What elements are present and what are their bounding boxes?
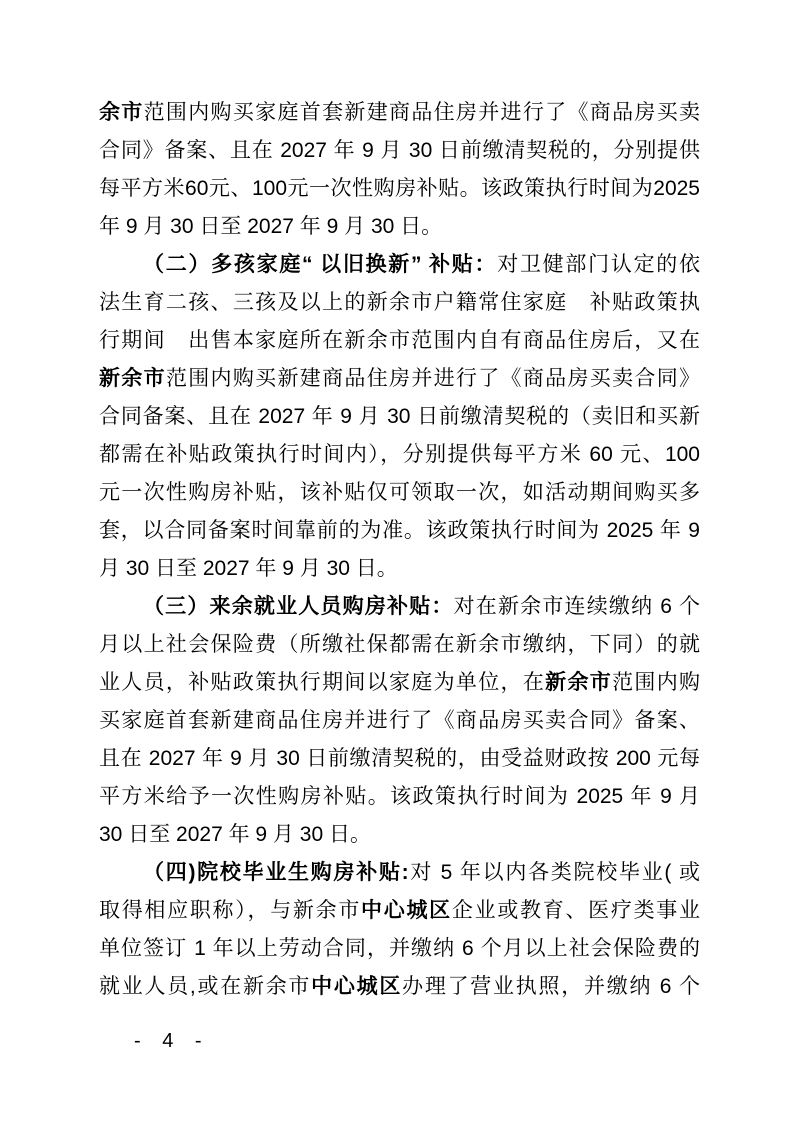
body-text: 对在新余市连续缴纳 6 个 — [454, 595, 700, 618]
body-text: 范围内购 — [612, 671, 700, 694]
text-line: 30 日至 2027 年 9 月 30 日。 — [99, 816, 700, 854]
body-text: 单位签订 1 年以上劳动合同，并缴纳 6 个月以上社会保险费的 — [99, 937, 700, 960]
body-text: 合同》备案、且在 2027 年 9 月 30 日前缴清契税的，分别提供 — [99, 139, 700, 162]
text-line: 月以上社会保险费（所缴社保都需在新余市缴纳，下同）的就 — [99, 626, 700, 664]
emphasis-text: 中心城区 — [361, 899, 452, 922]
text-line: （二）多孩家庭“ 以旧换新” 补贴：对卫健部门认定的依 — [99, 246, 700, 284]
body-text: 30 日至 2027 年 9 月 30 日。 — [99, 823, 371, 846]
text-line: 买家庭首套新建商品住房并进行了《商品房买卖合同》备案、 — [99, 702, 700, 740]
text-line: 套，以合同备案时间靠前的为准。该政策执行时间为 2025 年 9 — [99, 512, 700, 550]
text-line: 每平方米60元、100元一次性购房补贴。该政策执行时间为2025 — [99, 170, 700, 208]
body-text: 行期间 出售本家庭所在新余市范围内自有商品住房后，又在 — [99, 329, 700, 352]
emphasis-text: （二）多孩家庭“ 以旧换新” 补贴： — [143, 253, 497, 276]
text-line: 取得相应职称），与新余市中心城区企业或教育、医疗类事业 — [99, 892, 700, 930]
text-line: 业人员，补贴政策执行期间以家庭为单位，在新余市范围内购 — [99, 664, 700, 702]
emphasis-text: （三）来余就业人员购房补贴： — [143, 595, 454, 618]
body-text: 年 9 月 30 日至 2027 年 9 月 30 日。 — [99, 215, 442, 238]
text-line: （三）来余就业人员购房补贴：对在新余市连续缴纳 6 个 — [99, 588, 700, 626]
body-text: 月以上社会保险费（所缴社保都需在新余市缴纳，下同）的就 — [99, 633, 700, 656]
text-line: 年 9 月 30 日至 2027 年 9 月 30 日。 — [99, 208, 700, 246]
text-line: 合同》备案、且在 2027 年 9 月 30 日前缴清契税的，分别提供 — [99, 132, 700, 170]
body-text: 业人员，补贴政策执行期间以家庭为单位，在 — [99, 671, 545, 694]
body-text: 合同备案、且在 2027 年 9 月 30 日前缴清契税的（卖旧和买新 — [99, 405, 700, 428]
body-text: 买家庭首套新建商品住房并进行了《商品房买卖合同》备案、 — [99, 709, 700, 732]
text-line: 就业人员,或在新余市中心城区办理了营业执照，并缴纳 6 个 — [99, 968, 700, 1006]
document-body: 余市范围内购买家庭首套新建商品住房并进行了《商品房买卖合同》备案、且在 2027… — [99, 94, 700, 1006]
paragraph: （三）来余就业人员购房补贴：对在新余市连续缴纳 6 个月以上社会保险费（所缴社保… — [99, 588, 700, 854]
body-text: 都需在补贴政策执行时间内），分别提供每平方米 60 元、100 — [99, 443, 700, 466]
paragraph: （二）多孩家庭“ 以旧换新” 补贴：对卫健部门认定的依法生育二孩、三孩及以上的新… — [99, 246, 700, 588]
body-text: 元一次性购房补贴，该补贴仅可领取一次，如活动期间购买多 — [99, 481, 700, 504]
body-text: 且在 2027 年 9 月 30 日前缴清契税的，由受益财政按 200 元每 — [99, 747, 700, 770]
text-line: 且在 2027 年 9 月 30 日前缴清契税的，由受益财政按 200 元每 — [99, 740, 700, 778]
body-text: 企业或教育、医疗类事业 — [452, 899, 700, 922]
body-text: 范围内购买新建商品住房并进行了《商品房买卖合同》 — [166, 367, 700, 390]
emphasis-text: （四)院校毕业生购房补贴: — [143, 861, 409, 884]
page-number: - 4 - — [134, 1028, 210, 1054]
text-line: 都需在补贴政策执行时间内），分别提供每平方米 60 元、100 — [99, 436, 700, 474]
emphasis-text: 中心城区 — [311, 975, 402, 998]
text-line: 合同备案、且在 2027 年 9 月 30 日前缴清契税的（卖旧和买新 — [99, 398, 700, 436]
emphasis-text: 新余市 — [99, 367, 166, 390]
body-text: 套，以合同备案时间靠前的为准。该政策执行时间为 2025 年 9 — [99, 519, 700, 542]
paragraph: （四)院校毕业生购房补贴:对 5 年以内各类院校毕业( 或取得相应职称），与新余… — [99, 854, 700, 1006]
emphasis-text: 新余市 — [545, 671, 612, 694]
text-line: 月 30 日至 2027 年 9 月 30 日。 — [99, 550, 700, 588]
body-text: 对卫健部门认定的依 — [497, 253, 700, 276]
text-line: 余市范围内购买家庭首套新建商品住房并进行了《商品房买卖 — [99, 94, 700, 132]
text-line: 单位签订 1 年以上劳动合同，并缴纳 6 个月以上社会保险费的 — [99, 930, 700, 968]
text-line: 行期间 出售本家庭所在新余市范围内自有商品住房后，又在 — [99, 322, 700, 360]
body-text: 取得相应职称），与新余市 — [99, 899, 361, 922]
body-text: 每平方米60元、100元一次性购房补贴。该政策执行时间为2025 — [99, 177, 700, 200]
text-line: （四)院校毕业生购房补贴:对 5 年以内各类院校毕业( 或 — [99, 854, 700, 892]
body-text: 就业人员,或在新余市 — [99, 975, 311, 998]
paragraph: 余市范围内购买家庭首套新建商品住房并进行了《商品房买卖合同》备案、且在 2027… — [99, 94, 700, 246]
text-line: 元一次性购房补贴，该补贴仅可领取一次，如活动期间购买多 — [99, 474, 700, 512]
body-text: 法生育二孩、三孩及以上的新余市户籍常住家庭 补贴政策执 — [99, 291, 700, 314]
body-text: 平方米给予一次性购房补贴。该政策执行时间为 2025 年 9 月 — [99, 785, 700, 808]
emphasis-text: 余市 — [99, 101, 144, 124]
body-text: 对 5 年以内各类院校毕业( 或 — [409, 861, 700, 884]
text-line: 法生育二孩、三孩及以上的新余市户籍常住家庭 补贴政策执 — [99, 284, 700, 322]
body-text: 月 30 日至 2027 年 9 月 30 日。 — [99, 557, 398, 580]
body-text: 办理了营业执照，并缴纳 6 个 — [402, 975, 700, 998]
text-line: 新余市范围内购买新建商品住房并进行了《商品房买卖合同》 — [99, 360, 700, 398]
body-text: 范围内购买家庭首套新建商品住房并进行了《商品房买卖 — [144, 101, 700, 124]
text-line: 平方米给予一次性购房补贴。该政策执行时间为 2025 年 9 月 — [99, 778, 700, 816]
